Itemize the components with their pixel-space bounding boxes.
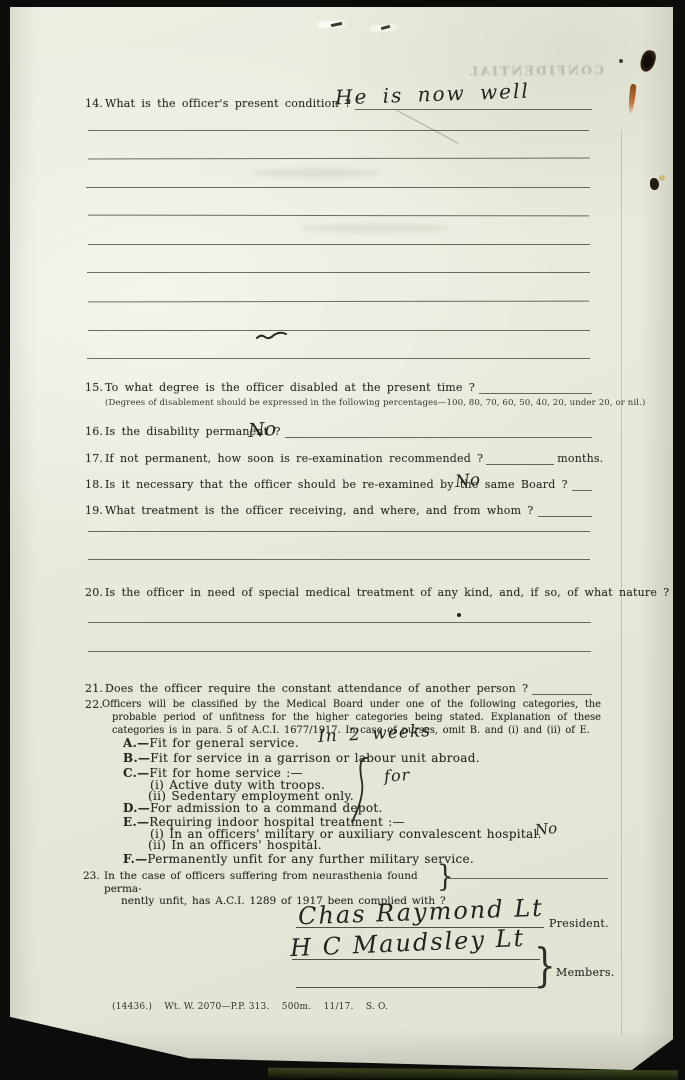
question-18-number: 18. bbox=[85, 478, 105, 491]
category-b-text: Fit for service in a garrison or labour … bbox=[150, 751, 480, 765]
category-e-ii: (ii) In an officers' hospital. bbox=[148, 838, 322, 852]
question-17: 17. If not permanent, how soon is re-exa… bbox=[85, 452, 592, 465]
question-21-number: 21. bbox=[85, 682, 105, 695]
rust-stain bbox=[627, 84, 636, 114]
question-18: 18. Is it necessary that the officer sho… bbox=[85, 478, 592, 491]
question-20: 20. Is the officer in need of special me… bbox=[85, 586, 592, 599]
ruled-line bbox=[88, 531, 590, 532]
category-b-label: B.— bbox=[123, 751, 150, 765]
bleedthrough-confidential-stamp: CONFIDENTIAL bbox=[452, 62, 604, 78]
answer-line bbox=[479, 390, 592, 394]
category-e-ii-text: In an officers' hospital. bbox=[171, 838, 322, 852]
answer-line bbox=[448, 878, 608, 879]
category-f-text: Permanently unfit for any further milita… bbox=[147, 852, 474, 866]
handwritten-brace-stroke bbox=[348, 756, 374, 826]
category-f-label: F.— bbox=[123, 852, 147, 866]
question-14-text: What is the officer's present condition … bbox=[105, 97, 351, 110]
question-17-text: If not permanent, how soon is re-examina… bbox=[105, 452, 483, 465]
question-17-number: 17. bbox=[85, 452, 105, 465]
scanned-form-page: CONFIDENTIAL 14. What is the officer's p… bbox=[0, 0, 685, 1080]
category-a-text: Fit for general service. bbox=[149, 736, 299, 750]
ruled-line bbox=[88, 622, 591, 623]
members-label: Members. bbox=[556, 966, 615, 979]
question-15-number: 15. bbox=[85, 381, 105, 394]
ink-dot bbox=[457, 613, 461, 617]
question-21-text: Does the officer require the constant at… bbox=[105, 682, 528, 695]
ruled-line bbox=[88, 215, 589, 217]
question-19-number: 19. bbox=[85, 504, 105, 517]
category-e-ii-label: (ii) bbox=[148, 838, 166, 852]
printer-imprint: (14436.) Wt. W. 2070—P.P. 313. 500m. 11/… bbox=[112, 1002, 388, 1012]
question-20-text: Is the officer in need of special medica… bbox=[105, 586, 669, 599]
question-23-line1: In the case of officers suffering from n… bbox=[104, 870, 418, 895]
ruled-line bbox=[88, 330, 590, 331]
answer-line bbox=[572, 487, 592, 491]
category-a-label: A.— bbox=[123, 736, 149, 750]
stray-ink-mark bbox=[256, 330, 288, 342]
category-c-label: C.— bbox=[123, 766, 149, 780]
ruled-line bbox=[88, 651, 591, 652]
ink-speck bbox=[619, 59, 623, 63]
question-15-note: (Degrees of disablement should be expres… bbox=[105, 398, 645, 408]
question-18-text: Is it necessary that the officer should … bbox=[105, 478, 568, 491]
ruled-line bbox=[88, 244, 590, 245]
category-d: D.—For admission to a command depot. bbox=[123, 801, 383, 815]
handwritten-answer-q16: No bbox=[247, 418, 277, 442]
category-f: F.—Permanently unfit for any further mil… bbox=[123, 852, 474, 866]
members-brace: } bbox=[534, 939, 556, 993]
handwritten-answer-q18: No bbox=[454, 470, 481, 492]
ruled-line bbox=[88, 301, 589, 303]
signature-line bbox=[296, 987, 540, 988]
ruled-line bbox=[88, 130, 589, 131]
handwritten-note-q22: for bbox=[383, 765, 410, 786]
ruled-line bbox=[87, 358, 590, 359]
member-signature: H C Maudsley Lt bbox=[290, 924, 526, 962]
ruled-line bbox=[88, 158, 590, 160]
president-label: President. bbox=[549, 917, 609, 930]
signature-line bbox=[292, 959, 540, 960]
question-15: 15. To what degree is the officer disabl… bbox=[85, 381, 592, 394]
vertical-fold-crease bbox=[621, 130, 622, 1035]
category-e-label: E.— bbox=[123, 815, 149, 829]
question-23-number: 23. bbox=[83, 870, 100, 883]
ruled-line bbox=[87, 272, 590, 273]
paper-stain-dot bbox=[659, 175, 665, 181]
question-15-text: To what degree is the officer disabled a… bbox=[105, 381, 475, 394]
bleedthrough-smudge bbox=[300, 224, 450, 233]
answer-line bbox=[538, 513, 592, 517]
ink-blot-stain bbox=[638, 49, 657, 74]
answer-line bbox=[486, 461, 554, 465]
question-19: 19. What treatment is the officer receiv… bbox=[85, 504, 592, 517]
paper-hole-mark bbox=[650, 178, 659, 190]
category-a: A.—Fit for general service. bbox=[123, 736, 299, 750]
answer-line bbox=[285, 434, 592, 438]
ruled-line bbox=[86, 187, 590, 188]
handwritten-answer-q22ei: No bbox=[534, 819, 558, 839]
category-b: B.—Fit for service in a garrison or labo… bbox=[123, 751, 480, 765]
question-20-number: 20. bbox=[85, 586, 105, 599]
bleedthrough-smudge bbox=[250, 168, 380, 178]
ruled-line bbox=[88, 559, 590, 560]
answer-line bbox=[532, 691, 592, 695]
diagonal-crease bbox=[397, 110, 459, 144]
question-14-number: 14. bbox=[85, 97, 105, 110]
question-19-text: What treatment is the officer receiving,… bbox=[105, 504, 534, 517]
question-16: 16. Is the disability permanent ? bbox=[85, 425, 592, 438]
question-21: 21. Does the officer require the constan… bbox=[85, 682, 592, 695]
question-23-brace: } bbox=[437, 860, 454, 895]
category-d-label: D.— bbox=[123, 801, 150, 815]
question-16-number: 16. bbox=[85, 425, 105, 438]
question-17-months-label: months. bbox=[557, 452, 603, 465]
